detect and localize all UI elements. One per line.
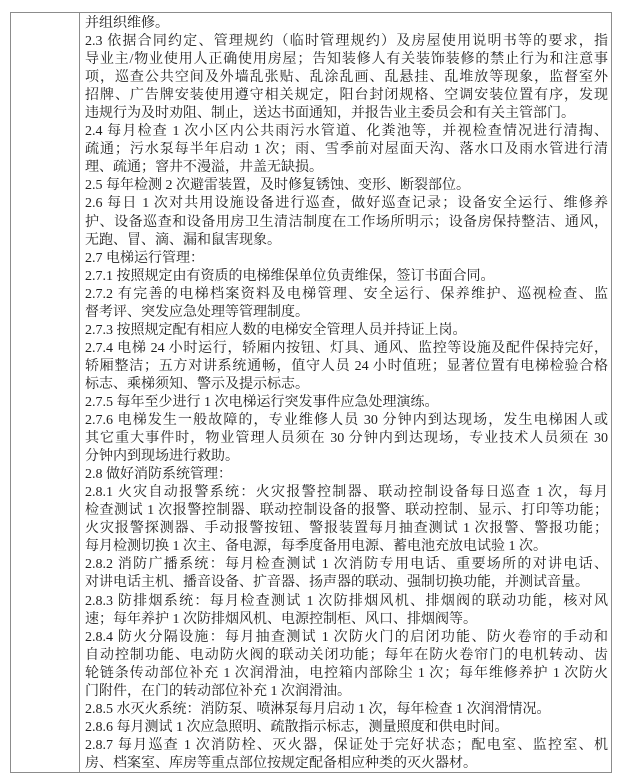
text-line: 2.8.5 水灭火系统：消防泵、喷淋泵每月启动 1 次，每年检查 1 次润滑情况… [85, 701, 608, 719]
text-line: 2.7 电梯运行管理： [85, 250, 608, 268]
paragraph: 2.7.4 电梯 24 小时运行，轿厢内按钮、灯具、通风、监控等设施及配件保持完… [85, 340, 608, 394]
paragraph: 2.7 电梯运行管理： [85, 250, 608, 268]
text-line: 疏通；污水泵每半年启动 1 次；雨、雪季前对屋面天沟、落水口及雨水管进行清 [85, 141, 608, 159]
paragraph: 2.7.1 按照规定由有资质的电梯维保单位负责维保，签订书面合同。 [85, 268, 608, 286]
text-line: 2.8.2 消防广播系统：每月检查测试 1 次消防专用电话、重要场所的对讲电话、 [85, 556, 608, 574]
text-line: 速；每年养护 1 次防排烟风机、电源控制柜、风口、排烟阀等。 [85, 611, 608, 629]
paragraph: 2.7.3 按照规定配有相应人数的电梯安全管理人员并持证上岗。 [85, 322, 608, 340]
text-line: 2.8.6 每月测试 1 次应急照明、疏散指示标志，测量照度和供电时间。 [85, 719, 608, 737]
text-line: 护、设备巡查和设备用房卫生清洁制度在工作场所明示；设备房保持整洁、通风， [85, 214, 608, 232]
text-line: 2.7.1 按照规定由有资质的电梯维保单位负责维保，签订书面合同。 [85, 268, 608, 286]
text-line: 2.8.4 防火分隔设施：每月抽查测试 1 次防火门的启闭功能、防火卷帘的手动和 [85, 629, 608, 647]
text-line: 标志、乘梯须知、警示及提示标志。 [85, 376, 608, 394]
text-line: 轿厢整洁；五方对讲系统通畅，值守人员 24 小时值班；显著位置有电梯检验合格 [85, 358, 608, 376]
paragraph: 2.8.7 每月巡查 1 次消防栓、灭火器，保证处于完好状态；配电室、监控室、机… [85, 737, 608, 772]
text-line: 门附件，在门的转动部位补充 1 次润滑油。 [85, 683, 608, 701]
text-line: 轮链条传动部位补充 1 次润滑油，电控箱内部除尘 1 次；每年维修养护 1 次防… [85, 665, 608, 683]
text-line: 2.7.3 按照规定配有相应人数的电梯安全管理人员并持证上岗。 [85, 322, 608, 340]
text-line: 检查测试 1 次报警控制器、联动控制设备的报警、联动控制、显示、打印等功能； [85, 502, 608, 520]
text-line: 2.6 每日 1 次对共用设施设备进行巡查，做好巡查记录；设备安全运行、维修养 [85, 195, 608, 213]
text-line: 火灾报警探测器、手动报警按钮、警报装置每月抽查测试 1 次报警、警报功能； [85, 520, 608, 538]
paragraph: 并组织维修。 [85, 15, 608, 33]
table-cell-left-empty [11, 13, 80, 772]
text-line: 无跑、冒、滴、漏和鼠害现象。 [85, 232, 608, 250]
text-line: 项，巡查公共空间及外墙乱张贴、乱涂乱画、乱悬挂、乱堆放等现象，监督室外 [85, 69, 608, 87]
text-line: 2.8.3 防排烟系统：每月检查测试 1 次防排烟风机、排烟阀的联动功能，核对风 [85, 593, 608, 611]
text-line: 2.7.4 电梯 24 小时运行，轿厢内按钮、灯具、通风、监控等设施及配件保持完… [85, 340, 608, 358]
paragraph: 2.7.6 电梯发生一般故障的，专业维修人员 30 分钟内到达现场，发生电梯困人… [85, 412, 608, 466]
text-line: 房、档案室、库房等重点部位按规定配备相应种类的灭火器材。 [85, 755, 608, 772]
paragraph: 2.5 每年检测 2 次避雷装置，及时修复锈蚀、变形、断裂部位。 [85, 177, 608, 195]
text-line: 2.7.2 有完善的电梯档案资料及电梯管理、安全运行、保养维护、巡视检查、监 [85, 286, 608, 304]
text-line: 自动控制功能、电动防火阀的联动关闭功能；每年在防火卷帘门的电机转动、齿 [85, 647, 608, 665]
paragraph: 2.4 每月检查 1 次小区内公共雨污水管道、化粪池等，并视检查情况进行清掏、疏… [85, 123, 608, 177]
text-line: 2.7.6 电梯发生一般故障的，专业维修人员 30 分钟内到达现场，发生电梯困人… [85, 412, 608, 430]
text-line: 2.8 做好消防系统管理： [85, 466, 608, 484]
text-line: 理、疏通；窨井不漫溢，井盖无缺损。 [85, 159, 608, 177]
text-line: 2.8.7 每月巡查 1 次消防栓、灭火器，保证处于完好状态；配电室、监控室、机 [85, 737, 608, 755]
text-line: 督考评、突发应急处理等管理制度。 [85, 304, 608, 322]
paragraph: 2.8.2 消防广播系统：每月检查测试 1 次消防专用电话、重要场所的对讲电话、… [85, 556, 608, 592]
table-cell-content: 并组织维修。2.3 依据合同约定、管理规约（临时管理规约）及房屋使用说明书等的要… [80, 13, 611, 772]
paragraph: 2.8.4 防火分隔设施：每月抽查测试 1 次防火门的启闭功能、防火卷帘的手动和… [85, 629, 608, 701]
paragraph: 2.6 每日 1 次对共用设施设备进行巡查，做好巡查记录；设备安全运行、维修养护… [85, 195, 608, 249]
paragraph: 2.8.6 每月测试 1 次应急照明、疏散指示标志，测量照度和供电时间。 [85, 719, 608, 737]
regulations-table: 并组织维修。2.3 依据合同约定、管理规约（临时管理规约）及房屋使用说明书等的要… [10, 12, 612, 773]
text-line: 分钟内到现场进行救助。 [85, 448, 608, 466]
paragraph: 2.8 做好消防系统管理： [85, 466, 608, 484]
text-line: 招牌、广告牌安装使用遵守相关规定，阳台封闭规格、空调安装位置有序，发现 [85, 87, 608, 105]
text-line: 对讲电话主机、播音设备、扩音器、扬声器的联动、强制切换功能，并测试音量。 [85, 574, 608, 592]
paragraph: 2.8.5 水灭火系统：消防泵、喷淋泵每月启动 1 次，每年检查 1 次润滑情况… [85, 701, 608, 719]
paragraph: 2.7.2 有完善的电梯档案资料及电梯管理、安全运行、保养维护、巡视检查、监督考… [85, 286, 608, 322]
paragraph: 2.7.5 每年至少进行 1 次电梯运行突发事件应急处理演练。 [85, 394, 608, 412]
text-line: 违规行为及时劝阻、制止，送达书面通知，并报告业主委员会和有关主管部门。 [85, 105, 608, 123]
text-line: 其它重大事件时，物业管理人员须在 30 分钟内到达现场，专业技术人员须在 30 [85, 430, 608, 448]
text-line: 2.8.1 火灾自动报警系统：火灾报警控制器、联动控制设备每日巡查 1 次，每月 [85, 484, 608, 502]
paragraph: 2.3 依据合同约定、管理规约（临时管理规约）及房屋使用说明书等的要求，指导业主… [85, 33, 608, 123]
text-line: 2.7.5 每年至少进行 1 次电梯运行突发事件应急处理演练。 [85, 394, 608, 412]
text-line: 2.5 每年检测 2 次避雷装置，及时修复锈蚀、变形、断裂部位。 [85, 177, 608, 195]
paragraph: 2.8.3 防排烟系统：每月检查测试 1 次防排烟风机、排烟阀的联动功能，核对风… [85, 593, 608, 629]
document-page: 并组织维修。2.3 依据合同约定、管理规约（临时管理规约）及房屋使用说明书等的要… [0, 0, 617, 778]
paragraph: 2.8.1 火灾自动报警系统：火灾报警控制器、联动控制设备每日巡查 1 次，每月… [85, 484, 608, 556]
text-line: 2.4 每月检查 1 次小区内公共雨污水管道、化粪池等，并视检查情况进行清掏、 [85, 123, 608, 141]
text-line: 2.3 依据合同约定、管理规约（临时管理规约）及房屋使用说明书等的要求，指 [85, 33, 608, 51]
text-line: 每月检测切换 1 次主、备电源，每季度备用电源、蓄电池充放电试验 1 次。 [85, 538, 608, 556]
text-line: 导业主/物业使用人正确使用房屋；告知装修人有关装饰装修的禁止行为和注意事 [85, 51, 608, 69]
text-line: 并组织维修。 [85, 15, 608, 33]
